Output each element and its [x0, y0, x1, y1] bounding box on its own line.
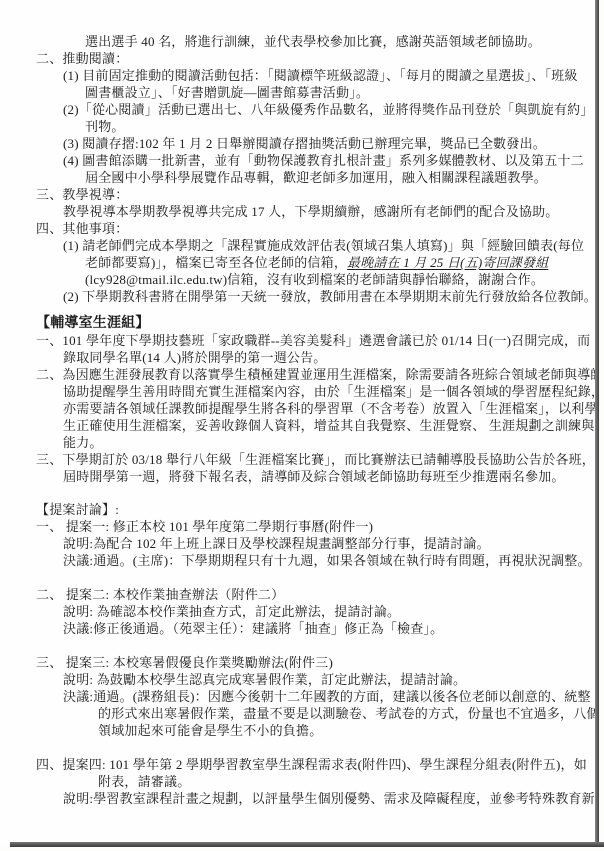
text-run: 屆時開學第一週，將發下報名表，請導師及綜合領域老師協助每班至少推選兩名參加。	[63, 469, 565, 484]
document-page: 選出選手 40 名，將進行訓練，並代表學校參加比賽，感謝英語領域老師協助。二、推…	[0, 0, 596, 843]
text-line: 決議:通過。(課務組長)：因應今後朝十二年國教的方面，建議以後各位老師以創意的、…	[0, 688, 570, 705]
list-item: (2)「從心閱讀」活動已選出七、八年級優秀作品數名，並將得獎作品刊登於「與凱旋有…	[0, 101, 570, 118]
text-run: 協助提醒學生善用時間充實生涯檔案內容，由於「生涯檔案」是一個各領域的學習歷程紀錄…	[63, 384, 596, 399]
text-line: 圖書櫃設立」、「好書贈凱旋—圖書館募書活動」。	[0, 84, 570, 101]
text-run: 生正確使用生涯檔案，妥善收錄個人資料，增益其自我覺察、生涯覺察、 生涯規劃之訓練…	[63, 418, 594, 433]
text-line: 錄取同學名單(14 人)將於開學的第一週公告。	[0, 349, 570, 366]
text-line: 附表，請審議。	[0, 773, 570, 790]
text-run: 刊物。	[85, 119, 125, 134]
text-line: 老師都要寫)」，檔案已寄至各位老師的信箱，最晚請在 1 月 25 日(五)寄回課…	[0, 254, 570, 271]
list-item: (4) 圖書館添購一批新書，並有「動物保護教育扎根計畫」系列多媒體教材、以及第五…	[0, 152, 570, 169]
text-run: (4) 圖書館添購一批新書，並有「動物保護教育扎根計畫」系列多媒體教材、以及第五…	[63, 153, 584, 168]
text-run: 老師都要寫)」，檔案已寄至各位老師的信箱，	[85, 255, 347, 270]
text-run: 說明: 為鼓勵本校學生認真完成寒暑假作業，訂定此辦法，提請討論。	[63, 672, 466, 687]
section-header: 【提案討論】:	[0, 501, 570, 518]
text-run: 二、 提案二: 本校作業抽查辦法（附件二）	[36, 587, 284, 602]
text-line: 教學視導本學期教學視導共完成 17 人，下學期續辦，感謝所有老師們的配合及協助。	[0, 203, 570, 220]
text-run: 屆全國中小學科學展覽作品專輯，歡迎老師多加運用，融入相關課程議題教學。	[85, 170, 547, 185]
list-item: 三、教學視導：	[0, 186, 570, 203]
text-run: (1) 請老師們完成本學期之「課程實施成效評估表(領域召集人填寫)」與「經驗回饋…	[63, 238, 584, 253]
text-run: 【提案討論】:	[36, 502, 119, 517]
text-line: 生正確使用生涯檔案，妥善收錄個人資料，增益其自我覺察、生涯覺察、 生涯規劃之訓練…	[0, 417, 570, 434]
list-item: (2) 下學期教科書將在開學第一天統一發放，教師用書在本學期期末前先行發放給各位…	[0, 288, 570, 305]
list-item: 三、下學期訂於 03/18 舉行八年級「生涯檔案比賽」，而比賽辦法已請輔導股長協…	[0, 451, 570, 468]
text-run: 能力。	[63, 435, 103, 450]
text-run: 錄取同學名單(14 人)將於開學的第一週公告。	[63, 350, 327, 365]
text-run: 決議:修正後通過。（苑翠主任）：建議將「抽查」修正為「檢查」。	[63, 621, 443, 636]
text-line: 說明:學習教室課程計畫之規劃，以評量學生個別優勢、需求及障礙程度，並參考特殊教育…	[0, 790, 570, 807]
list-item: 四、其他事項：	[0, 220, 570, 237]
text-line: 協助提醒學生善用時間充實生涯檔案內容，由於「生涯檔案」是一個各領域的學習歷程紀錄…	[0, 383, 570, 400]
text-run: 的形式來出寒暑假作業，盡量不要是以測驗卷、考試卷的方式，份量也不宜過多，八個	[98, 706, 596, 721]
text-run: 二、為因應生涯發展教育以落實學生積極建置並運用生涯檔案，除需要請各班綜合領域老師…	[36, 367, 596, 382]
text-run: 決議:通過。(主席)：下學期期程只有十九週，如果各領域在執行時有問題，再視狀況調…	[63, 553, 591, 568]
scanned-meeting-minutes: { "page": { "background": "#fefefe", "sh…	[0, 0, 604, 851]
page-edge-shadow-right	[595, 0, 599, 845]
text-line: 屆全國中小學科學展覽作品專輯，歡迎老師多加運用，融入相關課程議題教學。	[0, 169, 570, 186]
list-item: (3) 閱讀存摺:102 年 1 月 2 日舉辦閱讀存摺抽獎活動已辦理完畢，獎品…	[0, 135, 570, 152]
text-run: 說明:學習教室課程計畫之規劃，以評量學生個別優勢、需求及障礙程度，並參考特殊教育…	[63, 791, 595, 806]
text-run: (lcy928@tmail.ilc.edu.tw)信箱，沒有收到檔案的老師請與靜…	[85, 272, 544, 287]
text-run: 說明: 為確認本校作業抽查方式，訂定此辦法，提請討論。	[63, 604, 400, 619]
text-run: 選出選手 40 名，將進行訓練，並代表學校參加比賽，感謝英語領域老師協助。	[85, 34, 541, 49]
text-line: 決議:修正後通過。（苑翠主任）：建議將「抽查」修正為「檢查」。	[0, 620, 570, 637]
text-line: 亦需要請各領域任課教師提醒學生將各科的學習單（不含考卷）放置入「生涯檔案」，以利…	[0, 400, 570, 417]
text-run: 說明:為配合 102 年上班上課日及學校課程規畫調整部分行事，提請討論。	[63, 536, 490, 551]
text-run: 決議:通過。(課務組長)：因應今後朝十二年國教的方面，建議以後各位老師以創意的、…	[63, 689, 591, 704]
text-run: 一、101 學年度下學期技藝班「家政職群--美容美髮科」遴選會議已於 01/14…	[36, 333, 590, 348]
list-item: (1) 目前固定推動的閱讀活動包括：「閱讀標竿班級認證」、「每月的閱讀之星選拔」…	[0, 67, 570, 84]
document-body: 選出選手 40 名，將進行訓練，並代表學校參加比賽，感謝英語領域老師協助。二、推…	[0, 0, 596, 807]
text-line: 選出選手 40 名，將進行訓練，並代表學校參加比賽，感謝英語領域老師協助。	[0, 33, 570, 50]
list-item: 四、提案四: 101 學年第 2 學期學習教室學生課程需求表(附件四)、學生課程…	[0, 756, 570, 773]
text-run: 四、其他事項：	[36, 221, 128, 236]
list-item: 三、 提案三: 本校寒暑假優良作業獎勵辦法(附件三)	[0, 654, 570, 671]
text-line: 說明:為配合 102 年上班上課日及學校課程規畫調整部分行事，提請討論。	[0, 535, 570, 552]
page-edge-shadow-bottom	[10, 842, 604, 847]
text-run: 三、教學視導：	[36, 187, 128, 202]
text-line: 領域加起來可能會是學生不小的負擔。	[0, 722, 570, 739]
text-run: 圖書櫃設立」、「好書贈凱旋—圖書館募書活動」。	[85, 85, 369, 100]
text-run: 亦需要請各領域任課教師提醒學生將各科的學習單（不含考卷）放置入「生涯檔案」，以利…	[63, 401, 596, 416]
text-run: (3) 閱讀存摺:102 年 1 月 2 日舉辦閱讀存摺抽獎活動已辦理完畢，獎品…	[63, 136, 546, 151]
text-line: 能力。	[0, 434, 570, 451]
text-run: 【輔導室生涯組】	[36, 316, 150, 331]
list-item: 二、推動閱讀：	[0, 50, 570, 67]
text-run: 四、提案四: 101 學年第 2 學期學習教室學生課程需求表(附件四)、學生課程…	[36, 757, 587, 772]
text-run: 三、 提案三: 本校寒暑假優良作業獎勵辦法(附件三)	[36, 655, 333, 670]
text-run: 一、 提案一: 修正本校 101 學年度第二學期行事曆(附件一)	[36, 519, 373, 534]
text-line: 說明: 為鼓勵本校學生認真完成寒暑假作業，訂定此辦法，提請討論。	[0, 671, 570, 688]
list-item: 二、為因應生涯發展教育以落實學生積極建置並運用生涯檔案，除需要請各班綜合領域老師…	[0, 366, 570, 383]
text-run: (1) 目前固定推動的閱讀活動包括：「閱讀標竿班級認證」、「每月的閱讀之星選拔」…	[63, 68, 578, 83]
text-run: 二、推動閱讀：	[36, 51, 128, 66]
list-item: 一、 提案一: 修正本校 101 學年度第二學期行事曆(附件一)	[0, 518, 570, 535]
text-run: (2)「從心閱讀」活動已選出七、八年級優秀作品數名，並將得獎作品刊登於「與凱旋有…	[63, 102, 594, 117]
text-line: 決議:通過。(主席)：下學期期程只有十九週，如果各領域在執行時有問題，再視狀況調…	[0, 552, 570, 569]
deadline-emphasis-text: 最晚請在 1 月 25 日(五)寄回課發組	[347, 255, 548, 270]
list-item: (1) 請老師們完成本學期之「課程實施成效評估表(領域召集人填寫)」與「經驗回饋…	[0, 237, 570, 254]
list-item: 二、 提案二: 本校作業抽查辦法（附件二）	[0, 586, 570, 603]
text-run: 三、下學期訂於 03/18 舉行八年級「生涯檔案比賽」，而比賽辦法已請輔導股長協…	[36, 452, 595, 467]
text-run: 領域加起來可能會是學生不小的負擔。	[98, 723, 322, 738]
text-run: 教學視導本學期教學視導共完成 17 人，下學期續辦，感謝所有老師們的配合及協助。	[63, 204, 559, 219]
text-run: (2) 下學期教科書將在開學第一天統一發放，教師用書在本學期期末前先行發放給各位…	[63, 289, 596, 304]
section-header: 【輔導室生涯組】	[0, 315, 570, 332]
text-line: 屆時開學第一週，將發下報名表，請導師及綜合領域老師協助每班至少推選兩名參加。	[0, 468, 570, 485]
list-item: 一、101 學年度下學期技藝班「家政職群--美容美髮科」遴選會議已於 01/14…	[0, 332, 570, 349]
text-run: 附表，請審議。	[98, 774, 190, 789]
text-line: 的形式來出寒暑假作業，盡量不要是以測驗卷、考試卷的方式，份量也不宜過多，八個	[0, 705, 570, 722]
text-line: (lcy928@tmail.ilc.edu.tw)信箱，沒有收到檔案的老師請與靜…	[0, 271, 570, 288]
text-line: 刊物。	[0, 118, 570, 135]
text-line: 說明: 為確認本校作業抽查方式，訂定此辦法，提請討論。	[0, 603, 570, 620]
